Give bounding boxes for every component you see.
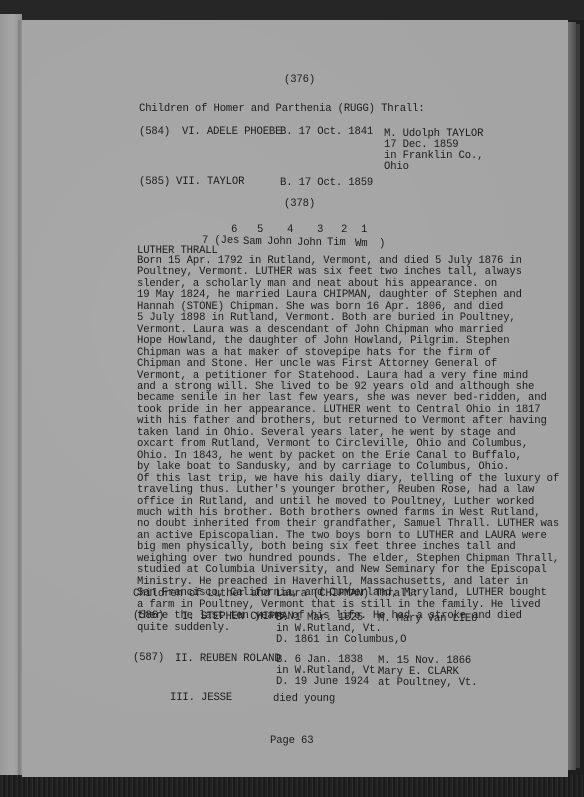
child-ref: (585)	[139, 176, 170, 188]
child-name: II. REUBEN ROLAND	[175, 653, 281, 665]
child-marriage-line: M. Mary Van LIEU	[378, 613, 477, 625]
child-name: VI. ADELE PHOEBE	[182, 126, 281, 138]
child-ref: (584)	[139, 126, 170, 138]
child-birth: B. 17 Oct. 1859	[280, 177, 373, 189]
generation-number: 5	[257, 224, 263, 236]
child-note: died young	[273, 693, 335, 705]
child-birth: B. 17 Oct. 1841	[280, 126, 373, 138]
biography-line: Chipman and Stone. Her uncle was First A…	[137, 359, 467, 370]
generation-number: 3	[317, 224, 323, 236]
section-heading-homer-parthenia: Children of Homer and Parthenia (RUGG) T…	[139, 103, 425, 115]
page-footer: Page 63	[270, 735, 313, 747]
biography-line: oxcart from Rutland, Vermont to Circlevi…	[137, 439, 467, 450]
biography-paragraph: Born 15 Apr. 1792 in Rutland, Vermont, a…	[137, 256, 467, 634]
lineage-name: John	[297, 237, 322, 249]
child-name: III. JESSE	[170, 692, 232, 704]
biography-line: 5 July 1898 in Rutland, Vermont. Both ar…	[137, 313, 467, 324]
child-marriage-line: Ohio	[384, 161, 409, 173]
generation-number: 4	[287, 224, 293, 236]
biography-line: Hope Howland, the daughter of John Howla…	[137, 336, 467, 347]
lineage-name: )	[379, 238, 385, 250]
page-stack-shadow	[576, 24, 580, 768]
child-death-line: D. 19 June 1924	[276, 676, 369, 688]
scan-background-bottom	[0, 775, 584, 797]
generation-number: 2	[341, 224, 347, 236]
biography-line: by lake boat to Sandusky, and by carriag…	[137, 462, 467, 473]
lineage-name: Wm	[355, 238, 367, 250]
child-death-line: D. 1861 in Columbus,O	[276, 634, 406, 646]
section-heading-luther-laura: Children of Luther and Laura (CHIPMAN) T…	[133, 588, 419, 600]
generation-number: 1	[361, 224, 367, 236]
scan-background-top	[0, 0, 584, 20]
lineage-name: John	[267, 236, 292, 248]
biography-line: studied at Columbia University, and New …	[137, 565, 467, 576]
lineage-name: Sam	[243, 236, 262, 248]
child-marriage-line: at Poultney, Vt.	[378, 677, 477, 689]
page-header-number: (376)	[284, 74, 315, 86]
lineage-name: Tim	[327, 237, 346, 249]
child-ref: (587)	[133, 652, 164, 664]
biography-line: traveling thus. Luther's younger brother…	[137, 485, 467, 496]
entry-number: (378)	[284, 198, 315, 210]
child-ref: (586)	[133, 610, 164, 622]
child-name: VII. TAYLOR	[176, 176, 244, 188]
